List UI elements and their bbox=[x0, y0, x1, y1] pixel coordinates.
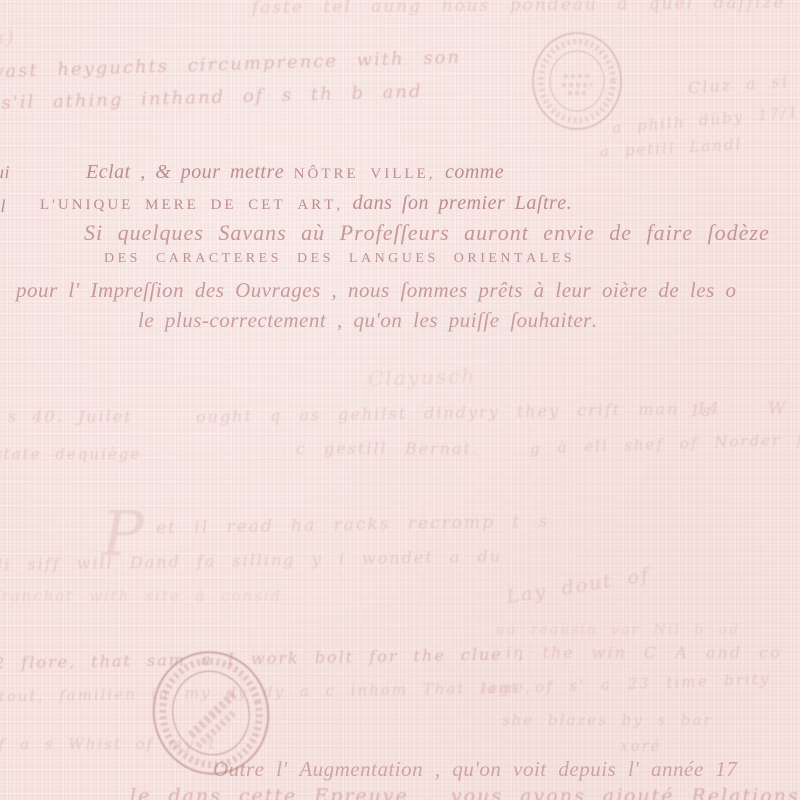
handwriting-line: ua reausin var Nil b ad bbox=[496, 622, 740, 638]
handwriting-fragment: W bbox=[768, 400, 787, 420]
handwriting-fragment: Lay dout of bbox=[505, 565, 651, 609]
handwriting-fragment: s 40. Juilet bbox=[8, 408, 133, 426]
handwriting-fragment: xoré bbox=[620, 738, 662, 755]
printed-line: le plus-correctement , qu'on les puiſſe … bbox=[138, 308, 598, 332]
printed-line: L'UNIQUE MERE DE CET ART, dans ſon premi… bbox=[40, 192, 572, 215]
handwriting-fragment: Cluz a si bbox=[687, 72, 789, 97]
handwriting-fragment: state dequiège bbox=[0, 446, 141, 463]
printed-line1-end: comme bbox=[445, 161, 504, 183]
printed-line: DES CARACTERES DES LANGUES ORIENTALES bbox=[104, 251, 575, 267]
handwriting-line: she blazes by s bar bbox=[502, 712, 713, 729]
printed-line1-italic: Eclat , & pour mettre bbox=[86, 161, 284, 183]
handwriting-line: wast heyguchts circumprence with son bbox=[0, 48, 461, 84]
handwriting-line: franchat with site à consid bbox=[0, 588, 282, 605]
printed-line: Eclat , & pour mettre NÔTRE VILLE, comme bbox=[86, 161, 504, 184]
printed-fragment: ui bbox=[0, 162, 10, 183]
printed-line2-italic: dans ſon premier Laſtre. bbox=[353, 192, 573, 214]
postmark-stamp-icon bbox=[528, 30, 626, 132]
handwriting-line: faste tel aung nous pondeau à quel daffi… bbox=[252, 0, 800, 19]
printed-line: Si quelques Savans aù Profeſſeurs auront… bbox=[84, 220, 770, 245]
vintage-script-wallpaper: faste tel aung nous pondeau à quel daffi… bbox=[0, 0, 800, 800]
handwriting-line: di siff will Dand fa silling y i wondet … bbox=[0, 548, 502, 575]
handwriting-line: ps'il athing inthand of s th b and bbox=[0, 82, 423, 115]
handwriting-line: g à ell shef of Norder f bbox=[530, 431, 800, 458]
handwriting-fragment: a) bbox=[0, 26, 16, 49]
handwriting-line: ought q as gehilst dindyry they crift ma… bbox=[196, 399, 721, 427]
handwriting-line: a petill Landl bbox=[600, 136, 743, 161]
handwriting-line: a philh dùby 17/1 bbox=[612, 104, 800, 138]
handwriting-fragment: 1s bbox=[690, 402, 712, 420]
handwriting-line: in the win C A and co bbox=[506, 644, 782, 662]
printed-line: Outre l' Augmentation , qu'on voit depui… bbox=[213, 757, 737, 781]
handwriting-line: et il read ha racks recromp t s bbox=[156, 513, 550, 539]
printed-line1-caps: NÔTRE VILLE, bbox=[294, 166, 436, 182]
handwriting-line: c gestill Bernat. bbox=[296, 440, 479, 458]
printed-fragment: sl bbox=[0, 196, 6, 217]
printed-line-cutoff: le dans cette Epreuve , vous avons ajout… bbox=[130, 786, 800, 800]
handwriting-fragment: Clayusch bbox=[368, 364, 477, 391]
printed-line2-caps: L'UNIQUE MERE DE CET ART, bbox=[40, 197, 343, 213]
printed-line: pour l' Impreſſion des Ouvrages , nous ſ… bbox=[16, 278, 737, 302]
